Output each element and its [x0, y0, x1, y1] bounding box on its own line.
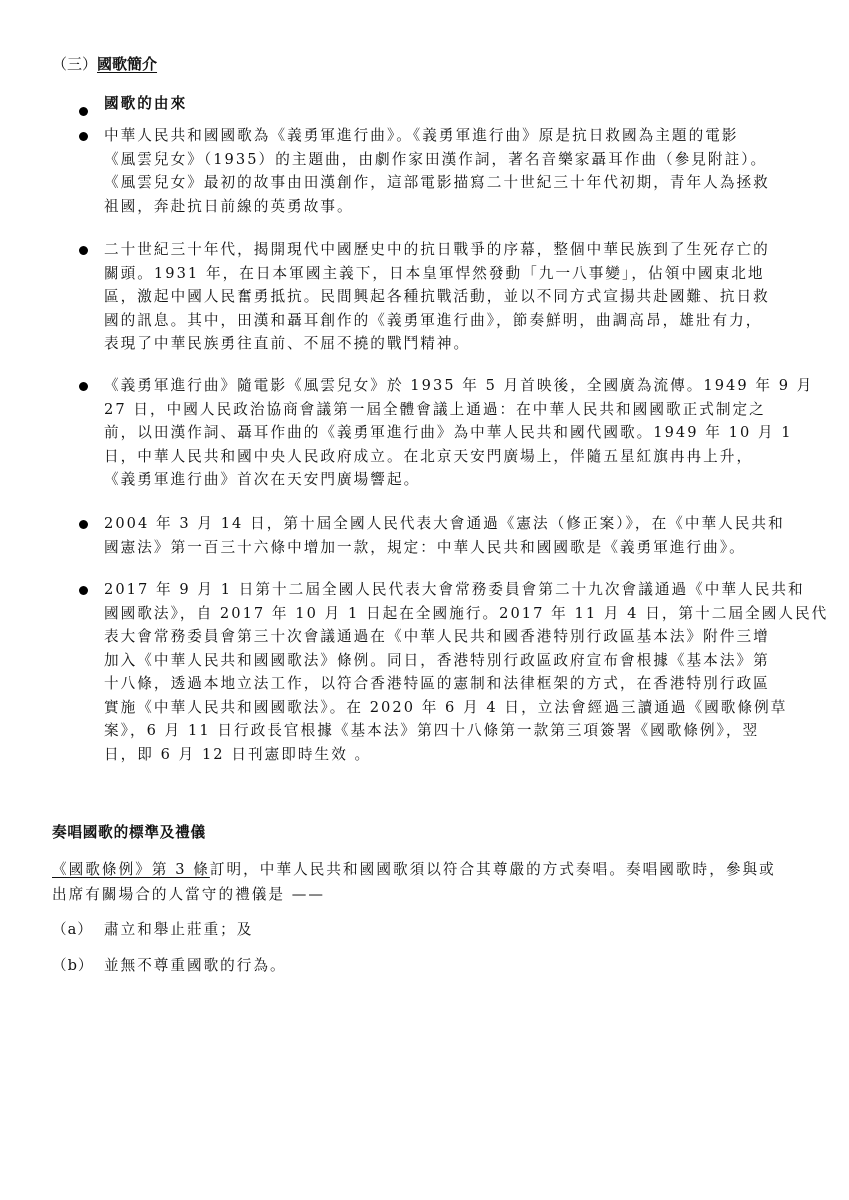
clause-label: （b） [52, 955, 104, 977]
text-line: 實施《中華人民共和國國歌法》。在 2020 年 6 月 4 日，立法會經過三讀通… [104, 696, 824, 720]
text-line: 《義勇軍進行曲》隨電影《風雲兒女》於 1935 年 5 月首映後，全國廣為流傳。… [104, 374, 824, 398]
text-line: 2017 年 9 月 1 日第十二屆全國人民代表大會常務委員會第二十九次會議通過… [104, 578, 824, 602]
bullet-icon [79, 586, 88, 595]
clause-a: （a）肅立和舉止莊重；及 [52, 919, 253, 941]
text-line: 區，激起中國人民奮勇抵抗。民間興起各種抗戰活動，並以不同方式宣揚共赴國難、抗日救 [104, 285, 824, 309]
section-title: 國歌簡介 [97, 55, 157, 73]
ordinance-reference-link[interactable]: 《國歌條例》第 3 條 [52, 861, 210, 878]
text-line: 《國歌條例》第 3 條訂明，中華人民共和國國歌須以符合其尊嚴的方式奏唱。奏唱國歌… [52, 857, 812, 882]
bullet-icon [79, 520, 88, 529]
text-line: 祖國，奔赴抗日前線的英勇故事。 [104, 195, 824, 219]
text-line: 二十世紀三十年代，揭開現代中國歷史中的抗日戰爭的序幕，整個中華民族到了生死存亡的 [104, 238, 824, 262]
text-line: 2004 年 3 月 14 日，第十屆全國人民代表大會通過《憲法（修正案）》，在… [104, 512, 824, 536]
bullet-icon [79, 382, 88, 391]
text-line: 中華人民共和國國歌為《義勇軍進行曲》。《義勇軍進行曲》原是抗日救國為主題的電影 [104, 124, 824, 148]
text-line: 《義勇軍進行曲》首次在天安門廣場響起。 [104, 468, 824, 492]
clause-text: 肅立和舉止莊重；及 [104, 921, 253, 938]
text-line: 出席有關場合的人當守的禮儀是 —— [52, 882, 812, 907]
text-line: 《風雲兒女》最初的故事由田漢創作，這部電影描寫二十世紀三十年代初期，青年人為拯救 [104, 171, 824, 195]
text-line: 表大會常務委員會第三十次會議通過在《中華人民共和國香港特別行政區基本法》附件三增 [104, 625, 824, 649]
text-line: 日，中華人民共和國中央人民政府成立。在北京天安門廣場上，伴隨五星紅旗冉冉上升， [104, 445, 824, 469]
clause-text: 並無不尊重國歌的行為。 [104, 957, 287, 974]
text-line: 關頭。1931 年，在日本軍國主義下，日本皇軍悍然發動「九一八事變」，佔領中國東… [104, 262, 824, 286]
etiquette-heading: 奏唱國歌的標準及禮儀 [52, 823, 206, 843]
bullet-icon [79, 132, 88, 141]
text-line: 案》，6 月 11 日行政長官根據《基本法》第四十八條第一款第三項簽署《國歌條例… [104, 719, 824, 743]
text-line: 十八條，透過本地立法工作，以符合香港特區的憲制和法律框架的方式，在香港特別行政區 [104, 672, 824, 696]
clause-b: （b）並無不尊重國歌的行為。 [52, 955, 287, 977]
document-page: （三）國歌簡介 國歌的由來 中華人民共和國國歌為《義勇軍進行曲》。《義勇軍進行曲… [0, 0, 849, 1200]
text-line: 27 日，中國人民政治協商會議第一屆全體會議上通過：在中華人民共和國國歌正式制定… [104, 398, 824, 422]
clause-label: （a） [52, 919, 104, 941]
intro-text: 訂明，中華人民共和國國歌須以符合其尊嚴的方式奏唱。奏唱國歌時，參與或 [210, 861, 776, 878]
text-line: 表現了中華民族勇往直前、不屈不撓的戰鬥精神。 [104, 332, 824, 356]
bullet-icon [79, 246, 88, 255]
text-line: 國的訊息。其中，田漢和聶耳創作的《義勇軍進行曲》，節奏鮮明，曲調高昂，雄壯有力， [104, 309, 824, 333]
text-line: 《風雲兒女》（1935）的主題曲，由劇作家田漢作詞，著名音樂家聶耳作曲（參見附註… [104, 148, 824, 172]
text-line: 前，以田漢作詞、聶耳作曲的《義勇軍進行曲》為中華人民共和國代國歌。1949 年 … [104, 421, 824, 445]
bullet-icon [79, 107, 88, 116]
origin-heading: 國歌的由來 [104, 92, 824, 116]
text-line: 國憲法》第一百三十六條中增加一款，規定：中華人民共和國國歌是《義勇軍進行曲》。 [104, 536, 824, 560]
section-heading: （三）國歌簡介 [52, 54, 157, 74]
section-number: （三） [52, 55, 97, 73]
text-line: 國國歌法》，自 2017 年 10 月 1 日起在全國施行。2017 年 11 … [104, 602, 824, 626]
text-line: 日，即 6 月 12 日刊憲即時生效 。 [104, 743, 824, 767]
text-line: 加入《中華人民共和國國歌法》條例。同日，香港特別行政區政府宣布會根據《基本法》第 [104, 649, 824, 673]
etiquette-intro: 《國歌條例》第 3 條訂明，中華人民共和國國歌須以符合其尊嚴的方式奏唱。奏唱國歌… [52, 857, 812, 907]
